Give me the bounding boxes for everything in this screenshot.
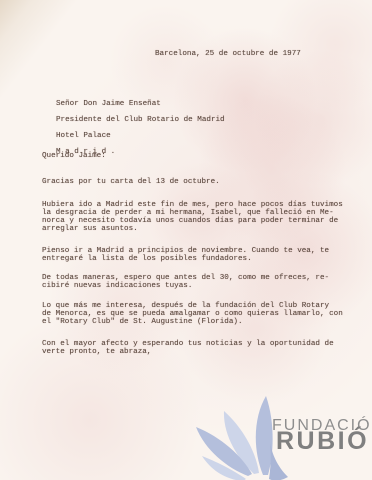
paragraph: Hubiera ido a Madrid este fin de mes, pe…	[42, 201, 344, 233]
salutation: Querido Jaime:	[42, 152, 344, 160]
dateline: Barcelona, 25 de octubre de 1977	[155, 50, 301, 58]
recipient-hotel: Hotel Palace	[56, 132, 225, 140]
paragraph: Lo que más me interesa, después de la fu…	[42, 302, 344, 326]
paragraph: Con el mayor afecto y esperando tus noti…	[42, 340, 344, 356]
letter-body: Querido Jaime: Gracias por tu carta del …	[42, 144, 344, 364]
paragraph: Pienso ir a Madrid a principios de novie…	[42, 247, 344, 263]
paragraph: Gracias por tu carta del 13 de octubre.	[42, 178, 344, 186]
paragraph: De todas maneras, espero que antes del 3…	[42, 274, 344, 290]
petal-tall	[256, 396, 273, 475]
scanned-letter-page: Barcelona, 25 de octubre de 1977 Señor D…	[0, 0, 372, 480]
recipient-name: Señor Don Jaime Enseñat	[56, 100, 225, 108]
recipient-title: Presidente del Club Rotario de Madrid	[56, 116, 225, 124]
foundation-name-line2: RUBIÓ	[276, 428, 369, 454]
